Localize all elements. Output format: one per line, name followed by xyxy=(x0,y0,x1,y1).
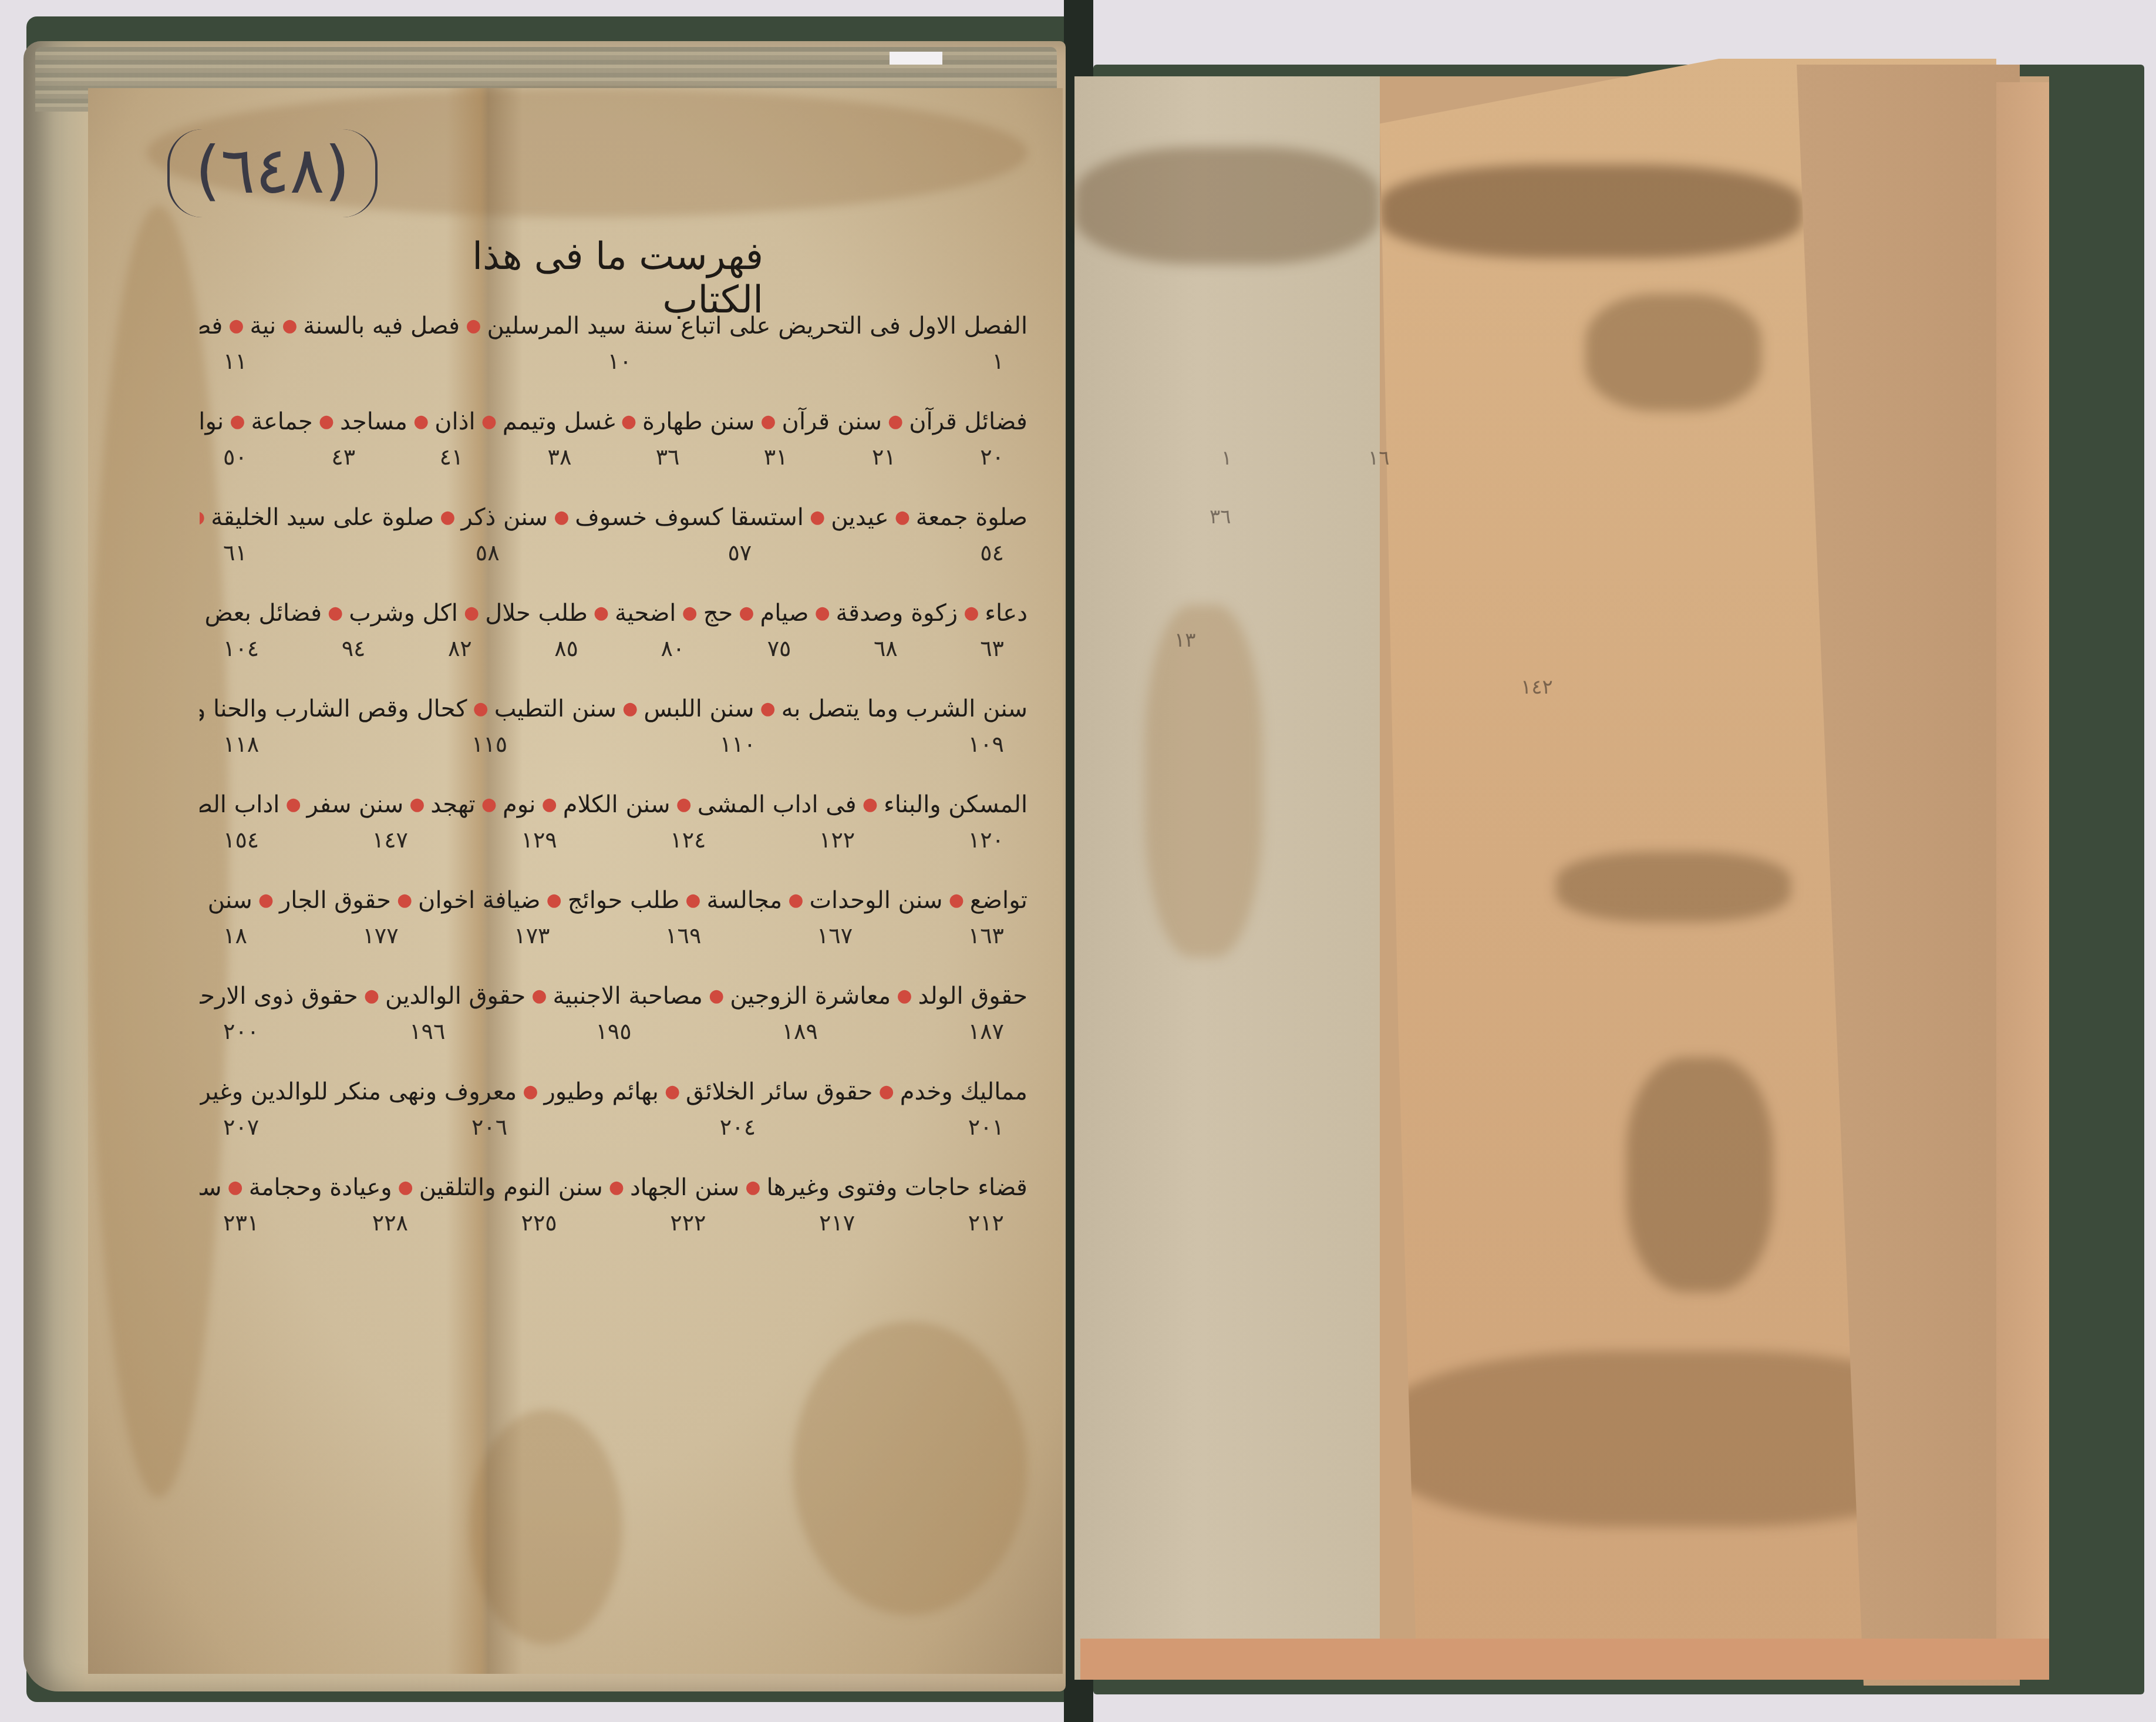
rubric-dot: ● xyxy=(397,880,412,921)
page-number: ١١ xyxy=(223,347,247,376)
rubric-dot: ● xyxy=(810,497,825,538)
rubric-dot: ● xyxy=(665,1071,680,1112)
page-number: ٦٣ xyxy=(980,634,1004,663)
rubric-dot: ● xyxy=(200,497,205,538)
rubric-dot: ● xyxy=(440,497,455,538)
page-number: ٢٢٨ xyxy=(372,1208,408,1237)
toc-entry: حقوق سائر الخلائق xyxy=(686,1071,872,1112)
rubric-dot: ● xyxy=(541,784,557,825)
rubric-dot: ● xyxy=(481,784,497,825)
toc-entry: الفصل الاول فى التحريض على اتباع سنة سيد… xyxy=(487,305,1028,347)
toc-page-numbers: ٢٠١ ٢٠٤ ٢٠٦ ٢٠٧ xyxy=(200,1112,1028,1142)
rubric-dot: ● xyxy=(888,401,903,442)
toc-entry: حقوق الولد xyxy=(918,976,1028,1017)
toc-page-numbers: ١٦٣ ١٦٧ ١٦٩ ١٧٣ ١٧٧ ١٨ xyxy=(200,921,1028,950)
toc-entry: سنن التطيب xyxy=(494,688,617,729)
toc-line: مماليك وخدم● حقوق سائر الخلائق● بهائم وط… xyxy=(200,1071,1028,1167)
page-number: ١٩٥ xyxy=(595,1017,631,1046)
toc-entry: جماعة xyxy=(251,401,312,442)
toc-entry: نية xyxy=(250,305,276,347)
toc-line-text: حقوق الولد● معاشرة الزوجين● مصاحبة الاجن… xyxy=(200,976,1028,1017)
toc-entry: تهجد xyxy=(430,784,475,825)
toc-line-text: مماليك وخدم● حقوق سائر الخلائق● بهائم وط… xyxy=(200,1071,1028,1112)
toc-entry: حج xyxy=(703,593,733,634)
right-leaf-grey xyxy=(1074,76,1380,1680)
toc-entry: زكوة وصدقة xyxy=(836,593,958,634)
rubric-dot: ● xyxy=(282,305,297,347)
page-number: ٥٧ xyxy=(727,538,752,567)
toc-entry: سنن الوحدات xyxy=(809,880,942,921)
rubric-dot: ● xyxy=(464,593,479,634)
toc-entry: حقوق الوالدين xyxy=(385,976,525,1017)
page-number: ١٤٧ xyxy=(372,825,408,855)
page-number: ١٨٩ xyxy=(782,1017,818,1046)
page-number: ١٨ xyxy=(223,921,247,950)
rubric-dot: ● xyxy=(531,976,547,1017)
toc-line: حقوق الولد● معاشرة الزوجين● مصاحبة الاجن… xyxy=(200,976,1028,1071)
toc-entry: سنن الكلام xyxy=(563,784,671,825)
page-number: ٧٥ xyxy=(767,634,791,663)
rubric-dot: ● xyxy=(863,784,878,825)
page-number: ٩٤ xyxy=(342,634,366,663)
page-number: ١٢٩ xyxy=(521,825,557,855)
page-number: ١٧٧ xyxy=(362,921,398,950)
rubric-dot: ● xyxy=(609,1167,624,1208)
toc-entry: مجالسة xyxy=(706,880,782,921)
rubric-dot: ● xyxy=(523,1071,538,1112)
page-number: ١٢٤ xyxy=(670,825,706,855)
rubric-dot: ● xyxy=(788,880,803,921)
rubric-dot: ● xyxy=(621,401,636,442)
page-number: ٢٠٧ xyxy=(223,1112,259,1142)
rubric-dot: ● xyxy=(230,401,245,442)
table-of-contents: الفصل الاول فى التحريض على اتباع سنة سيد… xyxy=(200,305,1028,1263)
toc-entry: طلب حوائج xyxy=(568,880,680,921)
rubric-dot: ● xyxy=(709,976,724,1017)
toc-entry: المسكن والبناء xyxy=(884,784,1028,825)
toc-line: صلوة جمعة● عيدين● استسقا كسوف خسوف● سنن … xyxy=(200,497,1028,593)
toc-page-numbers: ٢١٢ ٢١٧ ٢٢٢ ٢٢٥ ٢٢٨ ٢٣١ xyxy=(200,1208,1028,1237)
rubric-dot: ● xyxy=(745,1167,760,1208)
rubric-dot: ● xyxy=(760,401,776,442)
toc-entry: عيدين xyxy=(831,497,889,538)
page-number: ٢٢٥ xyxy=(521,1208,557,1237)
toc-line-text: صلوة جمعة● عيدين● استسقا كسوف خسوف● سنن … xyxy=(200,497,1028,538)
page-number: ٢١٧ xyxy=(819,1208,855,1237)
rubric-dot: ● xyxy=(895,497,910,538)
rubric-dot: ● xyxy=(879,1071,894,1112)
toc-entry: غسل وتيمم xyxy=(503,401,615,442)
toc-entry: فصل فيه بالسنة xyxy=(303,305,460,347)
page-number: ٥٠ xyxy=(223,442,247,472)
toc-entry: دعاء xyxy=(985,593,1028,634)
rubric-dot: ● xyxy=(685,880,700,921)
toc-entry: فضائل قرآن xyxy=(909,401,1028,442)
toc-page-numbers: ٦٣ ٦٨ ٧٥ ٨٠ ٨٥ ٨٢ ٩٤ ١٠٤ xyxy=(200,634,1028,663)
rubric-dot: ● xyxy=(814,593,830,634)
toc-line-text: سنن الشرب وما يتصل به● سنن اللبس● سنن ال… xyxy=(200,688,1028,729)
faint-mark: ١٤٢ xyxy=(1521,675,1553,699)
page-number: ١٠٩ xyxy=(968,729,1004,759)
rubric-dot: ● xyxy=(328,593,343,634)
faint-mark: ١ xyxy=(1221,446,1232,470)
page-number: ١٠ xyxy=(608,347,632,376)
page-number: ٢٠٠ xyxy=(223,1017,259,1046)
toc-entry: صيام xyxy=(760,593,808,634)
page-number: ١٦٣ xyxy=(968,921,1004,950)
rubric-dot: ● xyxy=(897,976,912,1017)
page-number: ١ xyxy=(992,347,1004,376)
rubric-dot: ● xyxy=(413,401,429,442)
page-number: ٦١ xyxy=(223,538,247,567)
page-number: ١٨٧ xyxy=(968,1017,1004,1046)
toc-entry: سنن العيادة والوصية xyxy=(200,1167,222,1208)
toc-line: تواضع● سنن الوحدات● مجالسة● طلب حوائج● ض… xyxy=(200,880,1028,976)
toc-entry: حقوق الجار xyxy=(279,880,391,921)
toc-entry: صلوة جمعة xyxy=(916,497,1028,538)
rubric-dot: ● xyxy=(594,593,609,634)
toc-entry: سنن النوم والتلقين xyxy=(419,1167,603,1208)
toc-entry: طلب حلال xyxy=(485,593,588,634)
toc-entry: مصاحبة الاجنبية xyxy=(553,976,703,1017)
page-number: ٣١ xyxy=(764,442,788,472)
faint-mark: ١٦ xyxy=(1368,446,1390,470)
toc-entry: مماليك وخدم xyxy=(900,1071,1028,1112)
page-number: ٢٠٦ xyxy=(471,1112,507,1142)
toc-line: المسكن والبناء● فى اداب المشى● سنن الكلا… xyxy=(200,784,1028,880)
toc-entry: سنن نكاح xyxy=(200,880,252,921)
toc-entry: سنن الشرب وما يتصل به xyxy=(781,688,1028,729)
toc-entry: سنن الجهاد xyxy=(630,1167,739,1208)
toc-line: دعاء● زكوة وصدقة● صيام● حج● اضحية● طلب ح… xyxy=(200,593,1028,688)
toc-entry: فضائل بعض طعوم وفواكه xyxy=(200,593,322,634)
page-edges-right xyxy=(1996,82,2049,1680)
rubric-dot: ● xyxy=(398,1167,413,1208)
toc-entry: مساجد xyxy=(340,401,407,442)
toc-entry: حقوق ذوى الارحام xyxy=(200,976,358,1017)
page-number: ٢٠١ xyxy=(968,1112,1004,1142)
rubric-dot: ● xyxy=(466,305,481,347)
toc-entry: قضاء حاجات وفتوى وغيرها xyxy=(766,1167,1028,1208)
rubric-dot: ● xyxy=(319,401,334,442)
page-number: ٨٢ xyxy=(448,634,472,663)
toc-entry: فصل علم وتعليم xyxy=(200,305,223,347)
page-edges-bottom xyxy=(1080,1639,2049,1680)
rubric-dot: ● xyxy=(228,305,244,347)
toc-page-numbers: ٢٠ ٢١ ٣١ ٣٦ ٣٨ ٤١ ٤٣ ٥٠ xyxy=(200,442,1028,472)
rubric-dot: ● xyxy=(760,688,776,729)
toc-page-numbers: ١٠٩ ١١٠ ١١٥ ١١٨ xyxy=(200,729,1028,759)
rubric-dot: ● xyxy=(739,593,754,634)
rubric-dot: ● xyxy=(481,401,497,442)
toc-entry: سنن اللبس xyxy=(644,688,754,729)
rubric-dot: ● xyxy=(258,880,274,921)
rubric-dot: ● xyxy=(682,593,697,634)
toc-entry: تواضع xyxy=(970,880,1028,921)
page-number: ٦٨ xyxy=(874,634,898,663)
page-number: ٨٥ xyxy=(554,634,578,663)
rubric-dot: ● xyxy=(285,784,301,825)
toc-entry: استسقا كسوف خسوف xyxy=(575,497,804,538)
toc-entry: اضحية xyxy=(615,593,676,634)
page-number: ٤٣ xyxy=(331,442,355,472)
faint-mark: ١٣ xyxy=(1174,628,1196,652)
page-number: ١٢٠ xyxy=(968,825,1004,855)
toc-line: سنن الشرب وما يتصل به● سنن اللبس● سنن ال… xyxy=(200,688,1028,784)
toc-entry: صلوة على سيد الخليقة xyxy=(211,497,434,538)
rubric-dot: ● xyxy=(547,880,562,921)
toc-entry: وعيادة وحجامة xyxy=(249,1167,392,1208)
toc-line-text: الفصل الاول فى التحريض على اتباع سنة سيد… xyxy=(200,305,1028,347)
page-number: ١١٠ xyxy=(720,729,756,759)
page-number: ٢٢٢ xyxy=(670,1208,706,1237)
toc-line: الفصل الاول فى التحريض على اتباع سنة سيد… xyxy=(200,305,1028,401)
toc-line-text: المسكن والبناء● فى اداب المشى● سنن الكلا… xyxy=(200,784,1028,825)
toc-entry: سنن طهارة xyxy=(642,401,754,442)
page-number: ٢١ xyxy=(872,442,896,472)
toc-page-numbers: ١٨٧ ١٨٩ ١٩٥ ١٩٦ ٢٠٠ xyxy=(200,1017,1028,1046)
toc-line-text: تواضع● سنن الوحدات● مجالسة● طلب حوائج● ض… xyxy=(200,880,1028,921)
toc-entry: ضيافة اخوان xyxy=(418,880,541,921)
page-number: ١٥٤ xyxy=(223,825,259,855)
toc-entry: نوافل xyxy=(200,401,224,442)
rubric-dot: ● xyxy=(409,784,425,825)
toc-line-text: دعاء● زكوة وصدقة● صيام● حج● اضحية● طلب ح… xyxy=(200,593,1028,634)
toc-line-text: قضاء حاجات وفتوى وغيرها● سنن الجهاد● سنن… xyxy=(200,1167,1028,1208)
page-number: ٢٠٤ xyxy=(720,1112,756,1142)
page-number: ٢١٢ xyxy=(968,1208,1004,1237)
rubric-dot: ● xyxy=(964,593,979,634)
toc-entry: اداب الصحبة والمعاشرة xyxy=(200,784,279,825)
rubric-dot: ● xyxy=(554,497,569,538)
page-number: ٣٦ xyxy=(656,442,680,472)
page-number: ١١٨ xyxy=(223,729,259,759)
toc-entry: فى اداب المشى xyxy=(698,784,857,825)
page-number: ٤١ xyxy=(439,442,463,472)
faint-mark: ٣٦ xyxy=(1210,505,1231,529)
paper-tab xyxy=(890,52,942,65)
toc-page-numbers: ٥٤ ٥٧ ٥٨ ٦١ xyxy=(200,538,1028,567)
page-number: ١٧٣ xyxy=(514,921,550,950)
page-number: ٢٠ xyxy=(980,442,1004,472)
rubric-dot: ● xyxy=(228,1167,243,1208)
toc-entry: اكل وشرب xyxy=(349,593,458,634)
toc-line-text: فضائل قرآن● سنن قرآن● سنن طهارة● غسل وتي… xyxy=(200,401,1028,442)
toc-entry: كحال وقص الشارب والحنا والختان والحمام xyxy=(200,688,467,729)
page-number: ١٢٢ xyxy=(819,825,855,855)
page-number: ٢٣١ xyxy=(223,1208,259,1237)
rubric-dot: ● xyxy=(622,688,638,729)
toc-entry: سنن قرآن xyxy=(782,401,882,442)
toc-entry: بهائم وطيور xyxy=(544,1071,658,1112)
page-number: ١٩٦ xyxy=(409,1017,445,1046)
page-number: ٥٤ xyxy=(980,538,1004,567)
page-number: ١٦٩ xyxy=(665,921,701,950)
toc-entry: اذان xyxy=(434,401,475,442)
catalog-number: (٦٤٨) xyxy=(167,129,378,217)
toc-line: قضاء حاجات وفتوى وغيرها● سنن الجهاد● سنن… xyxy=(200,1167,1028,1263)
toc-entry: معروف ونهى منكر للوالدين وغيرهما xyxy=(200,1071,517,1112)
rubric-dot: ● xyxy=(949,880,964,921)
page-number: ١٠٤ xyxy=(223,634,259,663)
page-number: ١٦٧ xyxy=(817,921,853,950)
rubric-dot: ● xyxy=(364,976,379,1017)
toc-entry: معاشرة الزوجين xyxy=(730,976,891,1017)
rubric-dot: ● xyxy=(473,688,489,729)
toc-page-numbers: ١ ١٠ ١١ xyxy=(200,347,1028,376)
page-number: ١١٥ xyxy=(471,729,507,759)
toc-entry: سنن ذكر xyxy=(461,497,548,538)
toc-entry: نوم xyxy=(503,784,536,825)
page-number: ٨٠ xyxy=(661,634,685,663)
toc-page-numbers: ١٢٠ ١٢٢ ١٢٤ ١٢٩ ١٤٧ ١٥٤ xyxy=(200,825,1028,855)
rubric-dot: ● xyxy=(676,784,691,825)
toc-line: فضائل قرآن● سنن قرآن● سنن طهارة● غسل وتي… xyxy=(200,401,1028,497)
page-number: ٥٨ xyxy=(476,538,500,567)
page-number: ٣٨ xyxy=(548,442,572,472)
toc-entry: سنن سفر xyxy=(307,784,404,825)
